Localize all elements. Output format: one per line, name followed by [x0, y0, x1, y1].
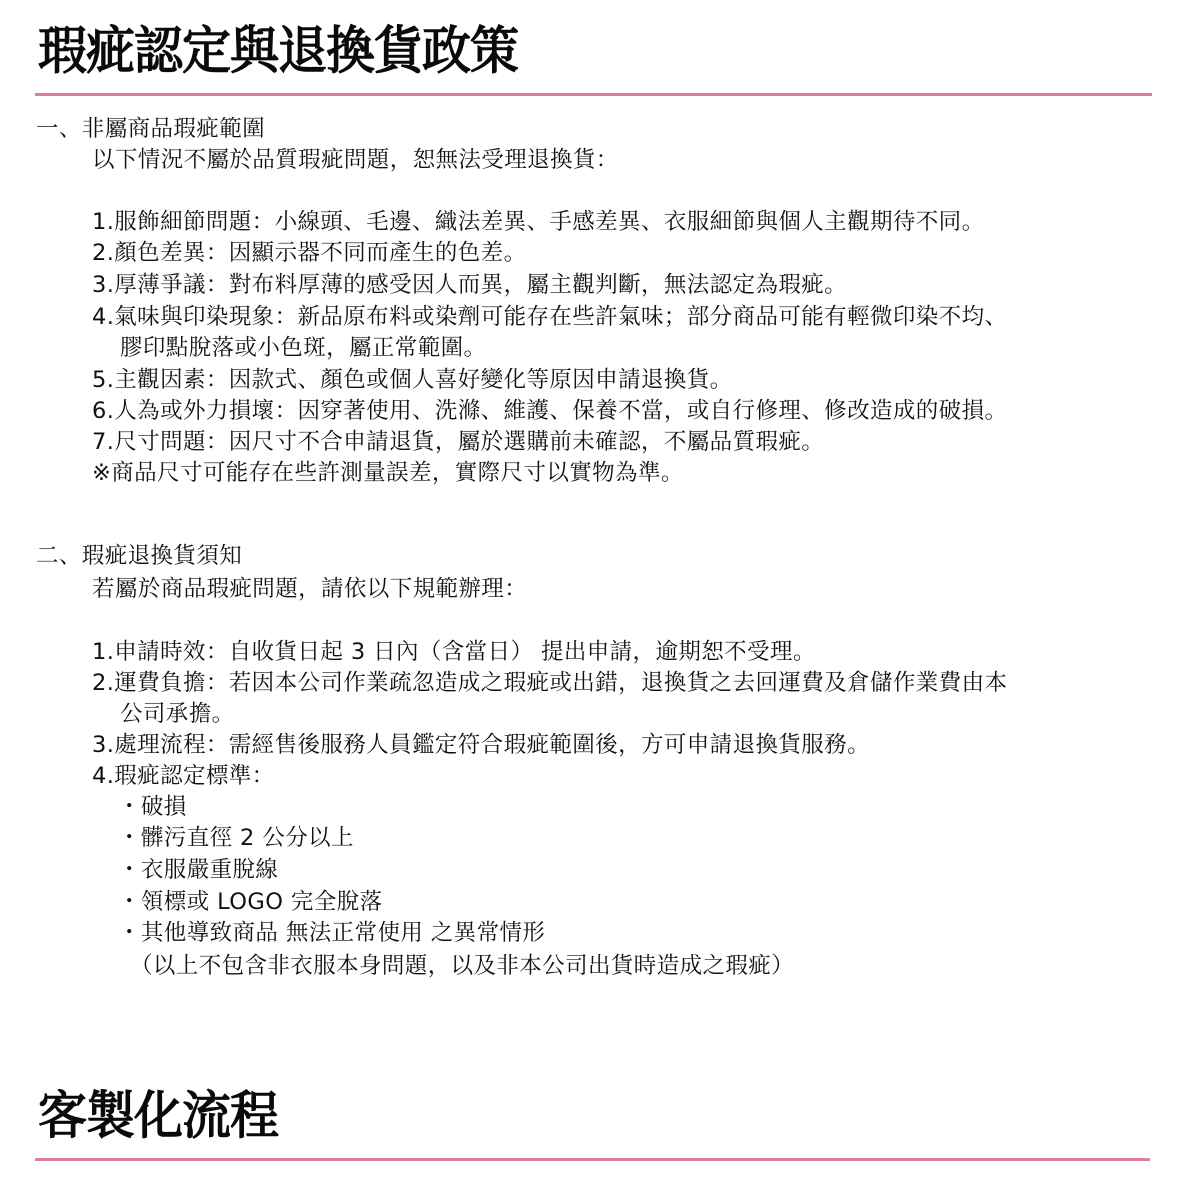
- list-item: 1.服飾細節問題：小線頭、毛邊、織法差異、手感差異、衣服細節與個人主觀期待不同。: [92, 207, 984, 238]
- criteria-item: ・髒污直徑 2 公分以上: [118, 823, 354, 854]
- list-item: 7.尺寸問題：因尺寸不合申請退貨，屬於選購前未確認，不屬品質瑕疵。: [92, 427, 824, 458]
- list-item: 4.氣味與印染現象：新品原布料或染劑可能存在些許氣味；部分商品可能有輕微印染不均…: [92, 302, 1007, 333]
- list-item: 6.人為或外力損壞：因穿著使用、洗滌、維護、保養不當，或自行修理、修改造成的破損…: [92, 396, 1007, 427]
- size-note: ※商品尺寸可能存在些許測量誤差，實際尺寸以實物為準。: [92, 458, 684, 489]
- list-item: 5.主觀因素：因款式、顏色或個人喜好變化等原因申請退換貨。: [92, 365, 733, 396]
- list-item: 3.處理流程：需經售後服務人員鑑定符合瑕疵範圍後，方可申請退換貨服務。: [92, 730, 870, 761]
- list-item-continuation: 膠印點脫落或小色斑，屬正常範圍。: [120, 333, 486, 364]
- list-item: 3.厚薄爭議：對布料厚薄的感受因人而異，屬主觀判斷，無法認定為瑕疵。: [92, 270, 847, 301]
- criteria-item: ・衣服嚴重脫線: [118, 855, 278, 886]
- criteria-item: ・其他導致商品 無法正常使用 之異常情形: [118, 918, 545, 949]
- section-heading: 一、非屬商品瑕疵範圍: [36, 114, 265, 145]
- list-item: 4.瑕疵認定標準：: [92, 761, 275, 792]
- section-heading: 二、瑕疵退換貨須知: [36, 541, 242, 572]
- section-intro: 若屬於商品瑕疵問題，請依以下規範辦理：: [92, 574, 527, 605]
- criteria-item: ・破損: [118, 792, 187, 823]
- next-section-title: 客製化流程: [38, 1085, 278, 1148]
- next-section-divider: [35, 1158, 1150, 1161]
- title-divider: [35, 93, 1152, 96]
- section-intro: 以下情況不屬於品質瑕疵問題，恕無法受理退換貨：: [92, 145, 619, 176]
- page-title: 瑕疵認定與退換貨政策: [38, 20, 518, 83]
- list-item: 2.顏色差異：因顯示器不同而產生的色差。: [92, 238, 526, 269]
- list-item-continuation: 公司承擔。: [120, 699, 235, 730]
- list-item: 2.運費負擔：若因本公司作業疏忽造成之瑕疵或出錯，退換貨之去回運費及倉儲作業費由…: [92, 668, 1007, 699]
- list-item: 1.申請時效：自收貨日起 3 日內（含當日） 提出申請，逾期恕不受理。: [92, 637, 816, 668]
- criteria-item: ・領標或 LOGO 完全脫落: [118, 887, 383, 918]
- exclusion-note: （以上不包含非衣服本身問題，以及非本公司出貨時造成之瑕疵）: [130, 951, 794, 982]
